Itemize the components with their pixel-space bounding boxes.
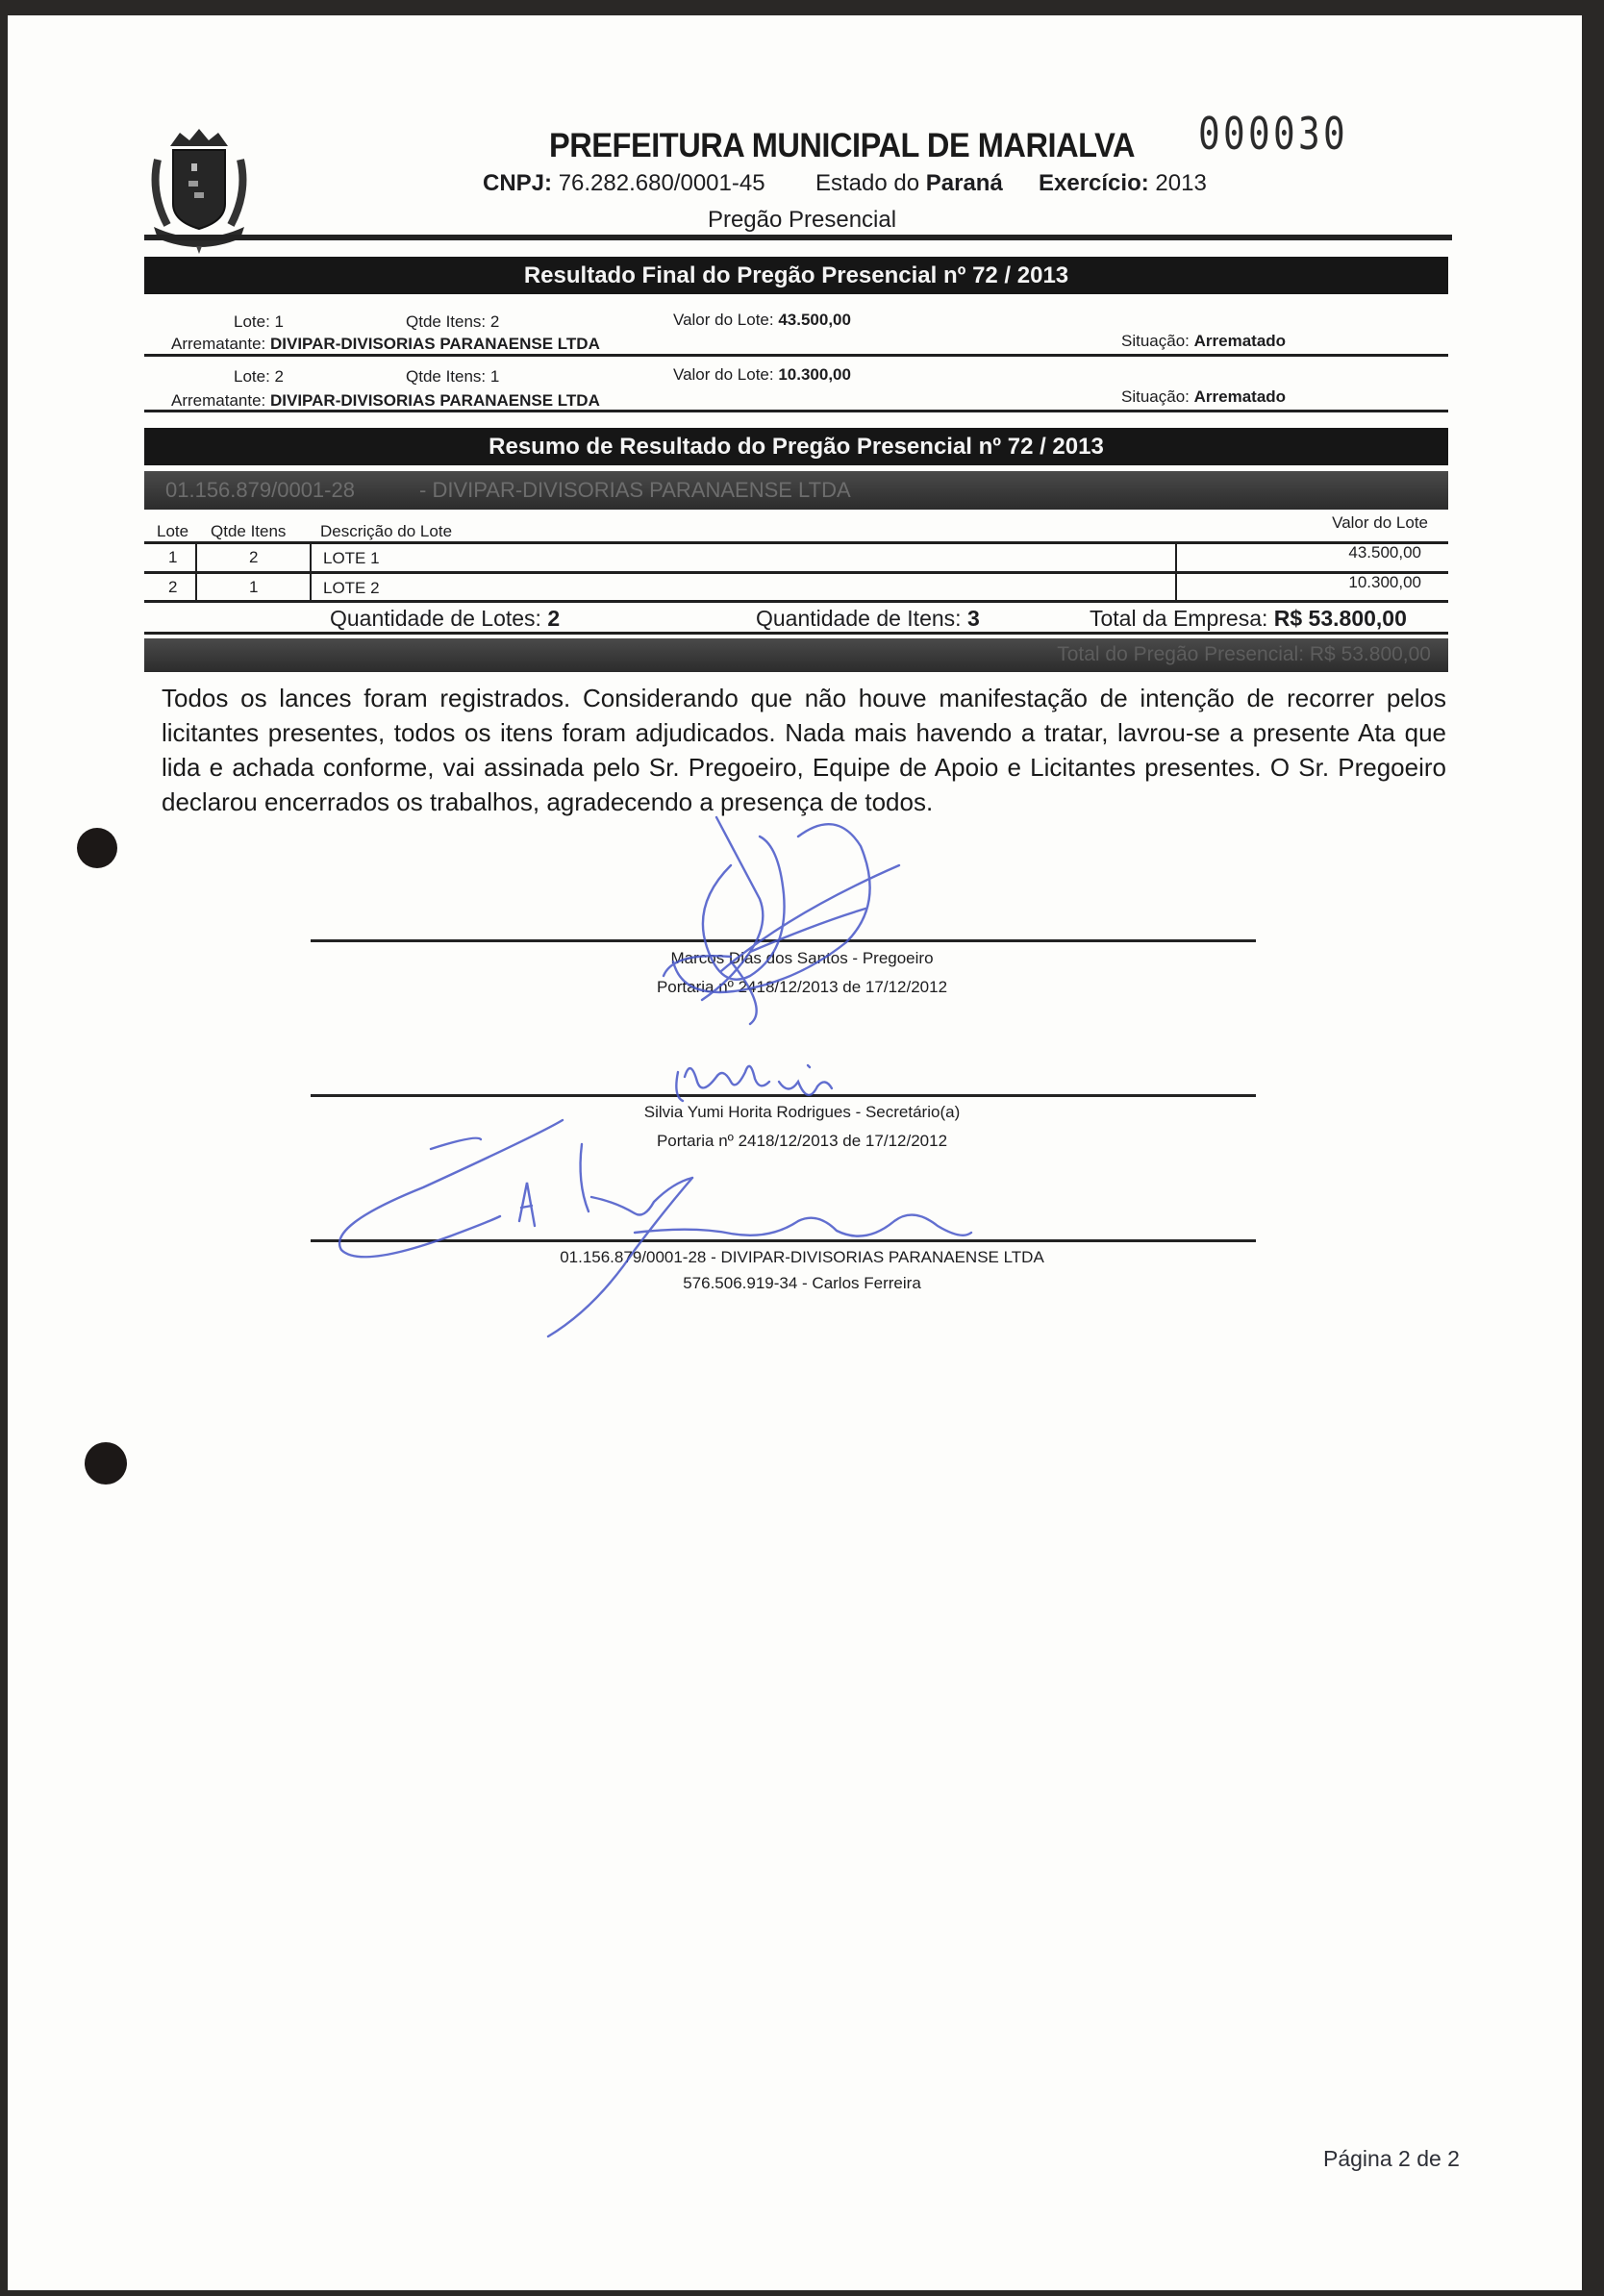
col-header-descricao: Descrição do Lote [320,522,452,541]
total-empresa: Total da Empresa: R$ 53.800,00 [1090,606,1407,632]
signature-pregoeiro-detail: Portaria nº 2418/12/2013 de 17/12/2012 [0,978,1604,997]
table-col-divider [310,543,312,602]
cnpj-label: CNPJ: [483,170,552,196]
lote-2-situacao: Situação: Arrematado [1121,387,1286,407]
lote-1-number: Lote: 1 [234,312,284,332]
lote-1-valor: Valor do Lote: 43.500,00 [673,311,851,330]
row-2-descricao: LOTE 2 [323,579,380,598]
signature-licitante-detail: 576.506.919-34 - Carlos Ferreira [0,1274,1604,1293]
lote-2-number: Lote: 2 [234,367,284,387]
resumo-title: Resumo de Resultado do Pregão Presencial… [144,428,1448,465]
table-header-rule [144,541,1448,544]
header-title: PREFEITURA MUNICIPAL DE MARIALVA [549,127,1135,165]
lote-1-qtde: Qtde Itens: 2 [406,312,499,332]
table-row-rule [144,571,1448,574]
lote-1-situacao: Situação: Arrematado [1121,332,1286,351]
lote-1-arrematante: Arrematante: DIVIPAR-DIVISORIAS PARANAEN… [171,335,600,354]
row-1-valor: 43.500,00 [1348,543,1421,562]
col-header-qtde: Qtde Itens [211,522,286,541]
signature-pregoeiro-name: Marcos Dias dos Santos - Pregoeiro [0,949,1604,968]
lote-2-qtde: Qtde Itens: 1 [406,367,499,387]
row-1-qtde: 2 [249,548,258,567]
table-row-rule [144,600,1448,603]
ata-paragraph: Todos os lances foram registrados. Consi… [162,681,1446,819]
row-2-valor: 10.300,00 [1348,573,1421,592]
header-divider [144,235,1452,240]
row-1-descricao: LOTE 1 [323,549,380,568]
divider [144,354,1448,357]
signature-line-secretario [311,1094,1256,1097]
signature-line-licitante [311,1239,1256,1242]
exercicio-value: 2013 [1155,170,1206,196]
signature-licitante-name: 01.156.879/0001-28 - DIVIPAR-DIVISORIAS … [0,1248,1604,1267]
signature-line-pregoeiro [311,939,1256,942]
cnpj-value: 76.282.680/0001-45 [559,170,765,196]
estado-value: Paraná [926,170,1003,196]
total-pregao-bar: Total do Pregão Presencial: R$ 53.800,00 [144,638,1448,672]
header-subtitle: Pregão Presencial [0,207,1604,234]
estado-label: Estado do [815,170,919,196]
signature-secretario-detail: Portaria nº 2418/12/2013 de 17/12/2012 [0,1132,1604,1151]
punch-hole [85,1442,127,1485]
divider [144,410,1448,412]
lote-2-arrematante: Arrematante: DIVIPAR-DIVISORIAS PARANAEN… [171,391,600,411]
empresa-cnpj: 01.156.879/0001-28 [165,478,355,503]
table-col-divider [195,543,197,602]
page-number: Página 2 de 2 [1323,2146,1460,2172]
header-exercicio: Exercício: 2013 [1039,170,1207,197]
signature-secretario-name: Silvia Yumi Horita Rodrigues - Secretári… [0,1103,1604,1122]
header-cnpj: CNPJ: 76.282.680/0001-45 [483,170,765,197]
empresa-nome: - DIVIPAR-DIVISORIAS PARANAENSE LTDA [419,478,851,503]
lote-2-valor: Valor do Lote: 10.300,00 [673,365,851,385]
exercicio-label: Exercício: [1039,170,1149,196]
qtd-itens: Quantidade de Itens: 3 [756,606,980,632]
col-header-lote: Lote [157,522,188,541]
punch-hole [77,828,117,868]
row-1-lote: 1 [168,548,177,567]
page-stamp-number: 000030 [1198,108,1348,160]
row-2-qtde: 1 [249,578,258,597]
qtd-lotes: Quantidade de Lotes: 2 [330,606,560,632]
table-col-divider [1175,543,1177,602]
header-estado: Estado do Paraná [815,170,1003,197]
divider [144,632,1448,635]
col-header-valor: Valor do Lote [1332,513,1428,533]
total-pregao: Total do Pregão Presencial: R$ 53.800,00 [1057,643,1431,666]
resultado-final-title: Resultado Final do Pregão Presencial nº … [144,257,1448,294]
empresa-bar: 01.156.879/0001-28 - DIVIPAR-DIVISORIAS … [144,471,1448,510]
row-2-lote: 2 [168,578,177,597]
